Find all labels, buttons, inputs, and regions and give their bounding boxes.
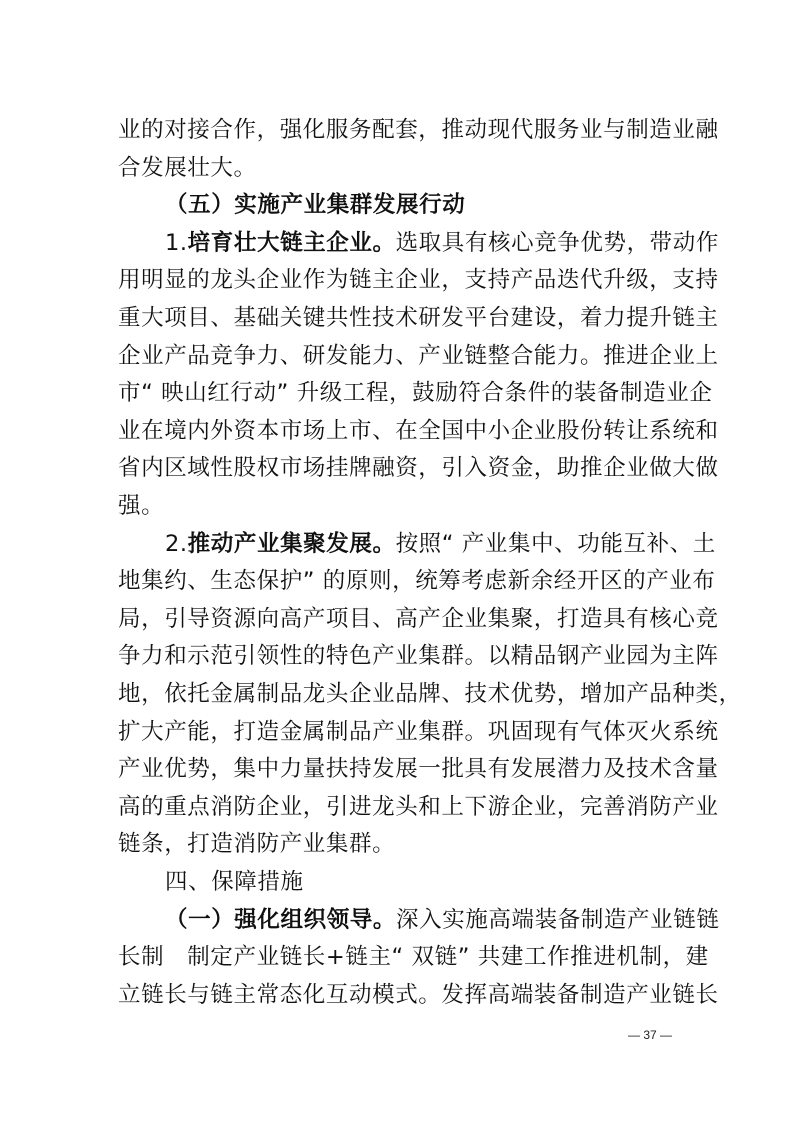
text-line: 业在境内外资本市场上市、在全国中小企业股份转让系统和 [118,412,684,450]
body-text: 选取具有核心竞争优势，带动作 [396,230,719,256]
body-text: 局，引导资源向高产项目、高产企业集聚，打造具有核心竞 [118,606,719,632]
text-line: 局，引导资源向高产项目、高产企业集聚，打造具有核心竞 [118,600,684,638]
body-text: 市“ 映山红行动” 升级工程，鼓励符合条件的装备制造业企 [118,380,712,406]
text-line: 链条，打造消防产业集群。 [118,825,684,863]
text-line: 业的对接合作，强化服务配套，推动现代服务业与制造业融 [118,111,684,149]
text-line: 重大项目、基础关键共性技术研发平台建设，着力提升链主 [118,299,684,337]
text-line: 强。 [118,487,684,525]
page-number: — 37 — [620,1028,680,1042]
text-line: 扩大产能，打造金属制品产业集群。巩固现有气体灭火系统 [118,713,684,751]
text-line: 1.培育壮大链主企业。选取具有核心竞争优势，带动作 [165,224,684,262]
body-text: 强。 [118,493,164,519]
body-text: 长制 制定产业链长+链主“ 双链” 共建工作推进机制，建 [118,944,709,970]
body-text: 地集约、生态保护” 的原则，统筹考虑新余经开区的产业布 [118,568,716,594]
body-text: 产业优势，集中力量扶持发展一批具有发展潜力及技术含量 [118,756,719,782]
document-page: 业的对接合作，强化服务配套，推动现代服务业与制造业融合发展壮大。（五）实施产业集… [0,0,793,1122]
text-line: 2.推动产业集聚发展。按照“ 产业集中、功能互补、土 [165,525,684,563]
text-line: 地，依托金属制品龙头企业品牌、技术优势，增加产品种类， [118,675,684,713]
text-line: 争力和示范引领性的特色产业集群。以精品钢产业园为主阵 [118,637,684,675]
text-line: 合发展壮大。 [118,149,684,187]
body-text: 用明显的龙头企业作为链主企业，支持产品迭代升级，支持 [118,267,719,293]
text-line: （一）强化组织领导。深入实施高端装备制造产业链链 [165,901,684,939]
body-text: 按照“ 产业集中、功能互补、土 [396,531,716,557]
body-text: 高的重点消防企业，引进龙头和上下游企业，完善消防产业 [118,794,719,820]
text-line: （五）实施产业集群发展行动 [165,186,684,224]
body-text: 扩大产能，打造金属制品产业集群。巩固现有气体灭火系统 [118,719,719,745]
bold-heading: （一）强化组织领导。 [165,907,396,933]
body-text: 深入实施高端装备制造产业链链 [396,907,719,933]
text-line: 高的重点消防企业，引进龙头和上下游企业，完善消防产业 [118,788,684,826]
text-line: 四、保障措施 [165,863,684,901]
body-text: 业的对接合作，强化服务配套，推动现代服务业与制造业融 [118,117,719,143]
body-text: 四、保障措施 [165,869,304,895]
body-text: 企业产品竞争力、研发能力、产业链整合能力。推进企业上 [118,343,719,369]
item-number: 1. [165,230,188,256]
bold-heading: 推动产业集聚发展。 [188,531,396,557]
body-text: 省内区域性股权市场挂牌融资，引入资金，助推企业做大做 [118,455,719,481]
text-line: 地集约、生态保护” 的原则，统筹考虑新余经开区的产业布 [118,562,684,600]
bold-heading: 培育壮大链主企业。 [188,230,396,256]
text-line: 用明显的龙头企业作为链主企业，支持产品迭代升级，支持 [118,261,684,299]
body-text: 重大项目、基础关键共性技术研发平台建设，着力提升链主 [118,305,719,331]
text-line: 企业产品竞争力、研发能力、产业链整合能力。推进企业上 [118,337,684,375]
body-text: 立链长与链主常态化互动模式。发挥高端装备制造产业链长 [118,982,719,1008]
bold-heading: （五）实施产业集群发展行动 [165,192,465,218]
text-line: 立链长与链主常态化互动模式。发挥高端装备制造产业链长 [118,976,684,1014]
body-text: 地，依托金属制品龙头企业品牌、技术优势，增加产品种类， [118,681,742,707]
body-text: 争力和示范引领性的特色产业集群。以精品钢产业园为主阵 [118,643,719,669]
text-line: 长制 制定产业链长+链主“ 双链” 共建工作推进机制，建 [118,938,684,976]
item-number: 2. [165,531,188,557]
body-text: 业在境内外资本市场上市、在全国中小企业股份转让系统和 [118,418,719,444]
text-line: 省内区域性股权市场挂牌融资，引入资金，助推企业做大做 [118,449,684,487]
body-text: 合发展壮大。 [118,155,257,181]
body-text: 链条，打造消防产业集群。 [118,831,395,857]
text-line: 产业优势，集中力量扶持发展一批具有发展潜力及技术含量 [118,750,684,788]
text-line: 市“ 映山红行动” 升级工程，鼓励符合条件的装备制造业企 [118,374,684,412]
